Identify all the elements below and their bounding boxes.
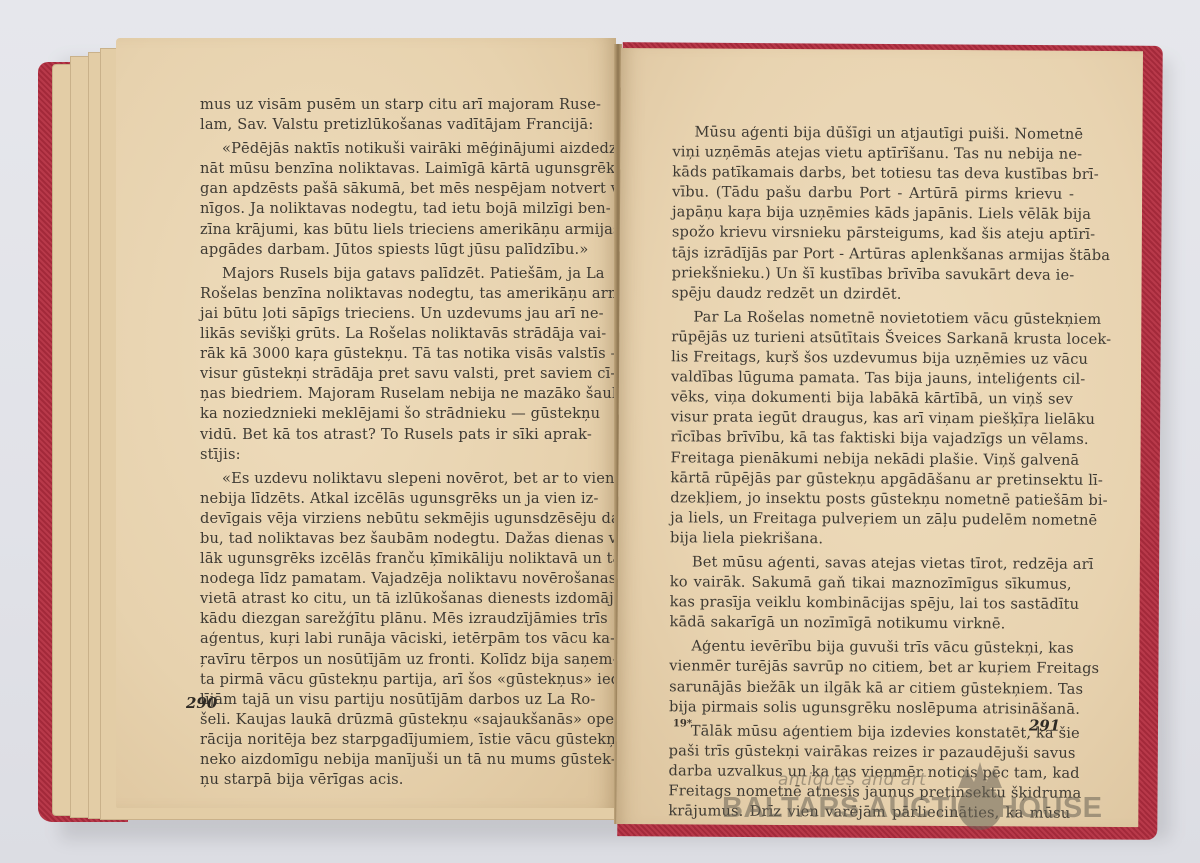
text-line: Bet mūsu aģenti, savas atejas vietas tīr… bbox=[670, 552, 1072, 575]
text-line: visur prata iegūt draugus, kas arī viņam… bbox=[671, 408, 1073, 431]
text-line: viņi uzņēmās atejas vietu aptīrīšanu. Ta… bbox=[672, 142, 1074, 165]
text-line: ŗavīru tērpos un nosūtījām uz fronti. Ko… bbox=[200, 650, 592, 670]
text-line: likās sevišķi grūts. La Rošelas noliktav… bbox=[200, 324, 592, 344]
text-line: stījis: bbox=[200, 445, 592, 465]
text-line: valdības lūguma pamata. Tas bija jauns, … bbox=[671, 367, 1073, 390]
text-line: priekšnieku.) Un šī kustības brīvība sav… bbox=[672, 263, 1074, 286]
text-line: ja liels, un Freitaga pulveŗiem un zāļu … bbox=[670, 508, 1072, 531]
page-number-right: 291 bbox=[1029, 717, 1060, 735]
text-line: gan apdzēsts pašā sākumā, bet mēs nespēj… bbox=[200, 179, 592, 199]
text-line: «Es uzdevu noliktavu slepeni novērot, be… bbox=[200, 469, 592, 489]
text-line: kas prasīja veiklu kombinācijas spēju, l… bbox=[670, 592, 1072, 615]
text-line: jai būtu ļoti sāpīgs trieciens. Un uzdev… bbox=[200, 304, 592, 324]
text-line: rīcības brīvību, kā tas faktiski bija va… bbox=[671, 428, 1073, 451]
text-line: paši trīs gūstekņi vairākas reizes ir pa… bbox=[669, 741, 1071, 764]
text-line: šeli. Kaujas laukā drūzmā gūstekņu «saja… bbox=[200, 710, 592, 730]
text-line: vietā atrast ko citu, un tā izlūkošanas … bbox=[200, 589, 592, 609]
text-line: Aģentu ievērību bija guvuši trīs vācu gū… bbox=[669, 637, 1071, 660]
crown-logo-icon bbox=[950, 762, 1010, 838]
watermark-tagline: antiques and art bbox=[778, 770, 926, 790]
text-line: neko aizdomīgu nebija manījuši un tā nu … bbox=[200, 750, 592, 770]
watermark-brand: BALTARS AUCTI N HOUSE bbox=[722, 792, 1103, 825]
text-line: Mūsu aģenti bija dūšīgi un atjautīgi pui… bbox=[672, 122, 1074, 145]
text-line: «Pēdējās naktīs notikuši vairāki mēģināj… bbox=[200, 139, 592, 159]
text-line: rūpējās uz turieni atsūtītais Šveices Sa… bbox=[671, 327, 1073, 350]
text-line: rācija noritēja bez starpgadījumiem, īst… bbox=[200, 730, 592, 750]
text-line: bu, tad noliktavas bez šaubām nodegtu. D… bbox=[200, 529, 592, 549]
text-line: spēju daudz redzēt un dzirdēt. bbox=[671, 283, 1073, 306]
text-line: lījām tajā un visu partiju nosūtījām dar… bbox=[200, 690, 592, 710]
text-line: Tālāk mūsu aģentiem bija izdevies konsta… bbox=[669, 721, 1071, 744]
text-line: vēks, viņa dokumenti bija labākā kārtībā… bbox=[671, 388, 1073, 411]
text-line: Rošelas benzīna noliktavas nodegtu, tas … bbox=[200, 284, 592, 304]
text-line: Freitaga pienākumi nebija nekādi plašie.… bbox=[670, 448, 1072, 471]
text-line: kārtā rūpējās par gūstekņu apgādāšanu ar… bbox=[670, 468, 1072, 491]
text-line: lis Freitags, kuŗš šos uzdevumus bija uz… bbox=[671, 347, 1073, 370]
text-line: mus uz visām pusēm un starp citu arī maj… bbox=[200, 95, 592, 115]
text-line: nebija līdzēts. Atkal izcēlās ugunsgrēks… bbox=[200, 489, 592, 509]
text-line: Par La Rošelas nometnē novietotiem vācu … bbox=[671, 307, 1073, 330]
text-line: lam, Sav. Valstu pretizlūkošanas vadītāj… bbox=[200, 115, 592, 135]
text-line: ko vairāk. Sakumā gaň tikai maznozīmīgus… bbox=[670, 572, 1072, 595]
text-line: visur gūstekņi strādāja pret savu valsti… bbox=[200, 364, 592, 384]
text-line: zīna krājumi, kas būtu liels trieciens a… bbox=[200, 220, 592, 240]
text-line: nāt mūsu benzīna noliktavas. Laimīgā kār… bbox=[200, 159, 592, 179]
left-page: mus uz visām pusēm un starp citu arī maj… bbox=[116, 38, 616, 808]
text-line: aģentus, kuŗi labi runāja vāciski, ietēr… bbox=[200, 629, 592, 649]
text-line: ta pirmā vācu gūstekņu partija, arī šos … bbox=[200, 670, 592, 690]
text-line: rāk kā 3000 kaŗa gūstekņu. Tā tas notika… bbox=[200, 344, 592, 364]
text-line: nodega līdz pamatam. Vajadzēja noliktavu… bbox=[200, 569, 592, 589]
text-line: ņu starpā bija vērīgas acis. bbox=[200, 770, 592, 790]
text-line: nīgos. Ja noliktavas nodegtu, tad ietu b… bbox=[200, 199, 592, 219]
text-line: sarunājās biežāk un ilgāk kā ar citiem g… bbox=[669, 677, 1071, 700]
left-page-text: mus uz visām pusēm un starp citu arī maj… bbox=[200, 95, 592, 790]
text-line: devīgais vēja virziens nebūtu sekmējis u… bbox=[200, 509, 592, 529]
watermark: antiques and art BALTARS AUCTI N HOUSE bbox=[722, 768, 1122, 838]
text-line: kādu diezgan sarežģītu plānu. Mēs izraud… bbox=[200, 609, 592, 629]
text-line: bija pirmais solis ugunsgrēku noslēpuma … bbox=[669, 697, 1071, 720]
text-line: kāds patīkamais darbs, bet totiesu tas d… bbox=[672, 163, 1074, 186]
text-line: dzekļiem, jo insektu posts gūstekņu nome… bbox=[670, 488, 1072, 511]
text-line: spožo krievu virsnieku pārsteigums, kad … bbox=[672, 223, 1074, 246]
text-line: bija liela piekrišana. bbox=[670, 528, 1072, 551]
text-line: ka noziedznieki meklējami šo strādnieku … bbox=[200, 404, 592, 424]
text-line: Majors Rusels bija gatavs palīdzēt. Pati… bbox=[200, 264, 592, 284]
text-line: vidū. Bet kā tos atrast? To Rusels pats … bbox=[200, 425, 592, 445]
text-line: kādā sakarīgā un nozīmīgā notikumu virkn… bbox=[669, 613, 1071, 636]
text-line: vienmēr turējās savrūp no citiem, bet ar… bbox=[669, 657, 1071, 680]
text-line: apgādes darbam. Jūtos spiests lūgt jūsu … bbox=[200, 240, 592, 260]
text-line: japāņu kaŗa bija uzņēmies kāds japānis. … bbox=[672, 203, 1074, 226]
signature-mark: 19* bbox=[673, 718, 692, 729]
text-line: tājs izrādījās par Port - Artūras aplenk… bbox=[672, 243, 1074, 266]
text-line: lāk ugunsgrēks izcēlās franču ķīmikāliju… bbox=[200, 549, 592, 569]
text-line: ņas biedriem. Majoram Ruselam nebija ne … bbox=[200, 384, 592, 404]
right-page: Mūsu aģenti bija dūšīgi un atjautīgi pui… bbox=[616, 48, 1143, 827]
page-number-left: 290 bbox=[186, 694, 217, 712]
text-line: vību. (Tādu pašu darbu Port - Artūrā pir… bbox=[672, 183, 1074, 206]
right-page-text: Mūsu aģenti bija dūšīgi un atjautīgi pui… bbox=[668, 122, 1074, 824]
